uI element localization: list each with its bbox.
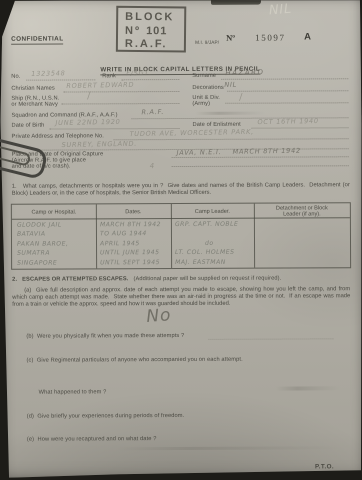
- confidential-marking: CONFIDENTIAL: [11, 37, 63, 44]
- pencil-smudge: [276, 386, 341, 390]
- handwritten-address-1: TUDOR AVE, WORCESTER PARK,: [129, 128, 253, 138]
- table-cell: GLODOK JAIL: [17, 221, 68, 231]
- table-col-camp-entries: GLODOK JAIL BATAVIA PAKAN BAROE, SUMATRA…: [17, 221, 69, 268]
- handwritten-enlistment-date: OCT 16TH 1940: [257, 117, 318, 126]
- field-label-surname: Surname: [192, 73, 216, 80]
- handwritten-dob: JUNE 22ND 1920: [55, 118, 120, 127]
- handwritten-nil-top: NIL: [268, 2, 292, 19]
- form-code: M.I. 9/JAP/: [195, 40, 219, 47]
- table-cell: LT. COL. HOLMES: [175, 249, 238, 259]
- table-header-dates: Dates.: [96, 209, 171, 215]
- rule-line: [63, 91, 179, 93]
- handwritten-stray-mark: 4: [150, 162, 155, 170]
- serial-number: 15097: [255, 33, 286, 43]
- table-header-camp: Camp or Hospital.: [12, 209, 96, 215]
- pencil-smudge: [116, 446, 341, 450]
- pto-marking: P.T.O.: [315, 464, 334, 470]
- table-col-date-entries: MARCH 8TH 1942 TO AUG 1944 APRIL 1945 UN…: [100, 221, 161, 268]
- table-cell: SUMATRA: [17, 250, 68, 260]
- handwritten-address-2: SURREY, ENGLAND.: [62, 140, 138, 149]
- handwritten-rank: F/SGT.: [126, 69, 151, 77]
- table-cell: SINGAPORE: [17, 259, 68, 269]
- question-2c2-text: What happened to them ?: [39, 389, 107, 396]
- question-2d-text: (d) Give briefly your experiences during…: [27, 413, 185, 420]
- field-label-christian-names: Christian Names: [11, 86, 55, 93]
- rule-line: [252, 127, 349, 128]
- handwritten-service-number: 1323548: [31, 69, 65, 78]
- table-cell: UNTIL SEPT 1945: [100, 259, 161, 269]
- rule-line: [221, 78, 348, 80]
- field-label-ship-2: or Merchant Navy: [11, 102, 58, 109]
- handwritten-squadron: R.A.F.: [141, 108, 164, 116]
- table-cell: TO AUG 1944: [100, 230, 161, 240]
- handwritten-answer-no: No: [146, 305, 173, 327]
- question-2c-text: (c) Give Regimental particulars of anyon…: [27, 357, 243, 364]
- table-cell: PAKAN BAROE,: [17, 240, 68, 250]
- rule-line: [208, 338, 333, 340]
- field-label-dob: Date of Birth: [11, 123, 44, 130]
- field-label-rank: Rank: [102, 73, 116, 79]
- question-2a-text: (a) Give full description and approx. da…: [12, 286, 350, 309]
- serial-no-label: Nº: [226, 33, 235, 43]
- stamp-line-block: BLOCK: [125, 11, 184, 25]
- series-letter: A: [304, 31, 311, 42]
- table-header-leader: Camp Leader.: [171, 209, 254, 215]
- handwritten-surname: HAZARD: [225, 67, 264, 77]
- field-label-decorations: Decorations: [192, 85, 223, 92]
- rule-line: [225, 102, 348, 104]
- table-cell: GRP. CAPT. NOBLE: [175, 221, 238, 231]
- question-1-text: 1. What camps, detachments or hospitals …: [12, 182, 350, 198]
- table-cell: BATAVIA: [17, 231, 68, 241]
- handwritten-unit-strike: /: [239, 93, 244, 103]
- rule-line: [26, 79, 95, 80]
- table-cell: MARCH 8TH 1942: [100, 221, 161, 231]
- rule-line: [227, 90, 348, 92]
- handwritten-ship-strike: /: [87, 91, 92, 101]
- rule-line: [172, 156, 349, 158]
- question-2e-text: (e) How were you recaptured and on what …: [27, 436, 157, 443]
- question-2b-text: (b) Were you physically fit when you mad…: [26, 333, 184, 340]
- photo-dark-edge: [211, 0, 261, 5]
- scanned-document-photo: CONFIDENTIAL BLOCK Nº 101 R.A.F. M.I. 9/…: [0, 0, 362, 480]
- field-label-unit-2: (Army): [192, 101, 210, 107]
- table-cell: MAJ. EASTMAN: [175, 258, 238, 268]
- pencil-smudge: [195, 112, 265, 115]
- rule-line: [172, 165, 349, 167]
- handwritten-decorations: NIL: [224, 81, 237, 89]
- table-header-block-leader: Detachment or Block Leader (if any).: [254, 205, 350, 217]
- field-label-address: Private Address and Telephone No.: [12, 133, 104, 140]
- field-label-no: No.: [11, 74, 20, 80]
- paper: CONFIDENTIAL BLOCK Nº 101 R.A.F. M.I. 9/…: [0, 0, 362, 480]
- table-header-line: [12, 217, 350, 219]
- rule-line: [114, 138, 349, 140]
- table-col-leader-entries: GRP. CAPT. NOBLE do LT. COL. HOLMES MAJ.…: [175, 221, 239, 268]
- handwritten-capture-place-date: JAVA, N.E.I. MARCH 8TH 1942: [177, 147, 301, 157]
- table-cell: UNTIL JUNE 1945: [100, 249, 161, 259]
- table-cell: APRIL 1945: [100, 240, 161, 250]
- table-cell: [175, 230, 238, 240]
- stamp-line-raf: R.A.F.: [125, 38, 184, 52]
- handwritten-christian-names: ROBERT EDWARD: [66, 81, 134, 90]
- block-number-stamp: BLOCK Nº 101 R.A.F.: [116, 6, 186, 53]
- stamp-line-number: Nº 101: [125, 24, 184, 38]
- table-cell: do: [175, 240, 238, 250]
- question-2-heading: 2. ESCAPES OR ATTEMPTED ESCAPES. (Additi…: [12, 276, 281, 284]
- camps-table: Camp or Hospital. Dates. Camp Leader. De…: [11, 202, 351, 269]
- rule-line: [61, 103, 179, 105]
